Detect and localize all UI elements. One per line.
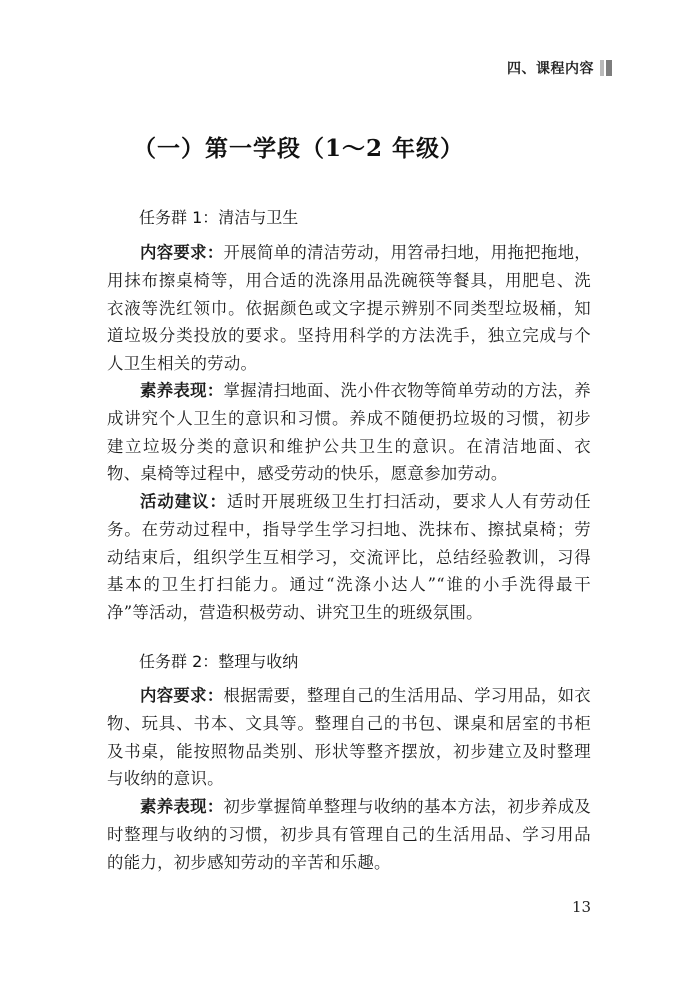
paragraph-label: 内容要求： xyxy=(140,686,224,705)
paragraph-competency-1: 素养表现：掌握清扫地面、洗小件衣物等简单劳动的方法，养成讲究个人卫生的意识和习惯… xyxy=(107,377,591,487)
section-title: （一）第一学段（1～2 年级） xyxy=(133,130,464,163)
page-number: 13 xyxy=(572,898,591,916)
task-group-title-2: 任务群 2：整理与收纳 xyxy=(139,649,298,672)
header-bar-dark xyxy=(606,60,612,76)
paragraph-text: 适时开展班级卫生打扫活动，要求人人有劳动任务。在劳动过程中，指导学生学习扫地、洗… xyxy=(107,492,591,621)
paragraph-text: 开展简单的清洁劳动，用笤帚扫地，用拖把拖地，用抹布擦桌椅等，用合适的洗涤用品洗碗… xyxy=(107,243,591,372)
paragraph-competency-2: 素养表现：初步掌握简单整理与收纳的基本方法，初步养成及时整理与收纳的习惯，初步具… xyxy=(107,793,591,876)
running-header: 四、课程内容 xyxy=(507,58,612,78)
paragraph-content-requirement-1: 内容要求：开展简单的清洁劳动，用笤帚扫地，用拖把拖地，用抹布擦桌椅等，用合适的洗… xyxy=(107,239,591,377)
header-bar-light xyxy=(600,60,604,76)
paragraph-activity-suggestion-1: 活动建议：适时开展班级卫生打扫活动，要求人人有劳动任务。在劳动过程中，指导学生学… xyxy=(107,488,591,626)
paragraph-label: 内容要求： xyxy=(140,243,224,262)
task-group-title-1: 任务群 1：清洁与卫生 xyxy=(139,205,298,228)
header-bar-icon xyxy=(600,60,612,76)
paragraph-label: 素养表现： xyxy=(140,381,224,400)
paragraph-label: 素养表现： xyxy=(140,797,224,816)
paragraph-content-requirement-2: 内容要求：根据需要，整理自己的生活用品、学习用品，如衣物、玩具、书本、文具等。整… xyxy=(107,682,591,792)
paragraph-label: 活动建议： xyxy=(140,492,227,511)
running-header-title: 四、课程内容 xyxy=(507,58,594,78)
